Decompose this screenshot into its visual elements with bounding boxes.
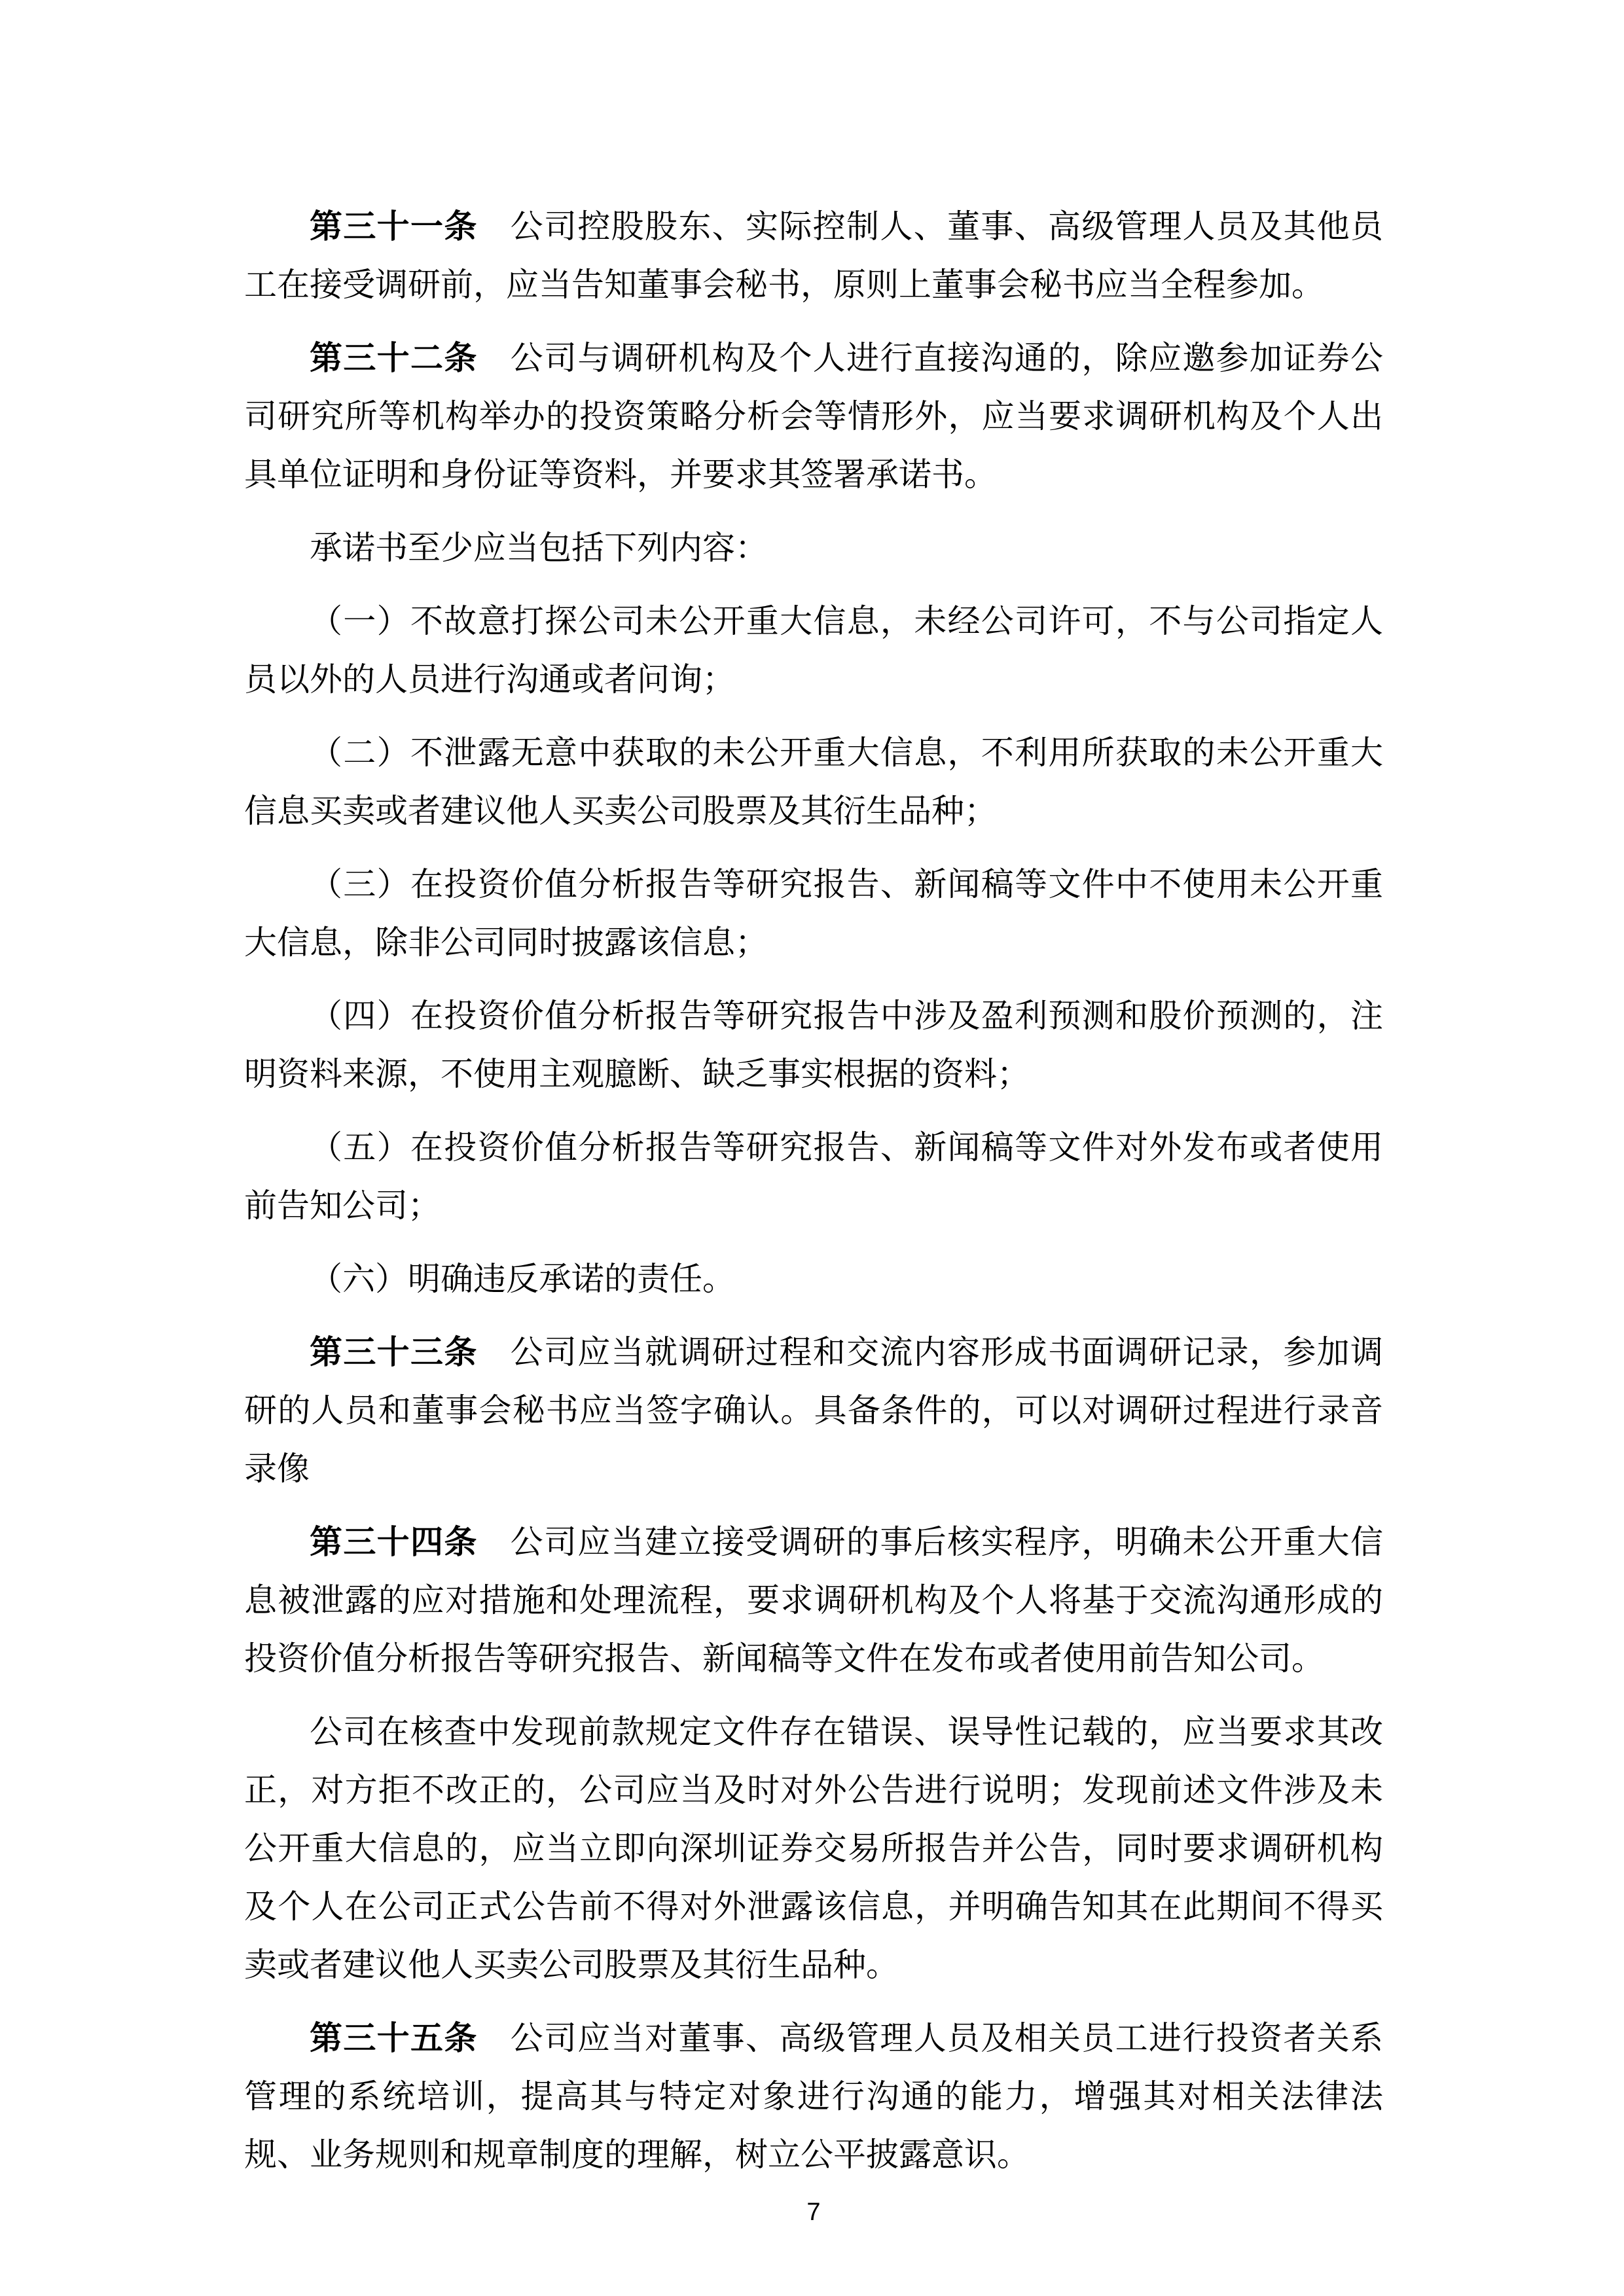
commitment-item-6-text: （六）明确违反承诺的责任。: [310, 1261, 735, 1297]
commitment-item-2-text: （二）不泄露无意中获取的未公开重大信息，不利用所获取的未公开重大信息买卖或者建议…: [244, 734, 1383, 829]
document-page: 第三十一条公司控股股东、实际控制人、董事、高级管理人员及其他员工在接受调研前，应…: [0, 0, 1624, 2296]
commitment-item-1: （一）不故意打探公司未公开重大信息，未经公司许可，不与公司指定人员以外的人员进行…: [244, 592, 1383, 709]
commitment-letter-intro: 承诺书至少应当包括下列内容：: [244, 519, 1383, 577]
article-32-label: 第三十二条: [310, 340, 478, 376]
article-35-paragraph: 第三十五条公司应当对董事、高级管理人员及相关员工进行投资者关系管理的系统培训，提…: [244, 2009, 1383, 2184]
commitment-item-1-text: （一）不故意打探公司未公开重大信息，未经公司许可，不与公司指定人员以外的人员进行…: [244, 603, 1383, 698]
commitment-item-5-text: （五）在投资价值分析报告等研究报告、新闻稿等文件对外发布或者使用前告知公司；: [244, 1129, 1383, 1224]
commitment-item-4-text: （四）在投资价值分析报告等研究报告中涉及盈利预测和股价预测的，注明资料来源，不使…: [244, 997, 1383, 1092]
article-31-label: 第三十一条: [310, 208, 478, 245]
commitment-item-6: （六）明确违反承诺的责任。: [244, 1250, 1383, 1308]
page-number: 7: [806, 2198, 820, 2226]
page-footer: 7: [244, 2199, 1383, 2225]
commitment-letter-intro-text: 承诺书至少应当包括下列内容：: [310, 529, 768, 566]
commitment-item-5: （五）在投资价值分析报告等研究报告、新闻稿等文件对外发布或者使用前告知公司；: [244, 1119, 1383, 1235]
commitment-item-4: （四）在投资价值分析报告等研究报告中涉及盈利预测和股价预测的，注明资料来源，不使…: [244, 987, 1383, 1103]
commitment-item-3: （三）在投资价值分析报告等研究报告、新闻稿等文件中不使用未公开重大信息，除非公司…: [244, 855, 1383, 972]
article-34-second-paragraph: 公司在核查中发现前款规定文件存在错误、误导性记载的，应当要求其改正，对方拒不改正…: [244, 1703, 1383, 1994]
article-34-paragraph: 第三十四条公司应当建立接受调研的事后核实程序，明确未公开重大信息被泄露的应对措施…: [244, 1513, 1383, 1688]
commitment-item-2: （二）不泄露无意中获取的未公开重大信息，不利用所获取的未公开重大信息买卖或者建议…: [244, 724, 1383, 840]
article-31-paragraph: 第三十一条公司控股股东、实际控制人、董事、高级管理人员及其他员工在接受调研前，应…: [244, 198, 1383, 314]
article-32-paragraph: 第三十二条公司与调研机构及个人进行直接沟通的，除应邀参加证券公司研究所等机构举办…: [244, 329, 1383, 504]
article-34-second-paragraph-text: 公司在核查中发现前款规定文件存在错误、误导性记载的，应当要求其改正，对方拒不改正…: [244, 1713, 1383, 1983]
article-33-label: 第三十三条: [310, 1334, 478, 1371]
article-33-paragraph: 第三十三条公司应当就调研过程和交流内容形成书面调研记录，参加调研的人员和董事会秘…: [244, 1323, 1383, 1498]
article-35-label: 第三十五条: [310, 2020, 478, 2056]
commitment-item-3-text: （三）在投资价值分析报告等研究报告、新闻稿等文件中不使用未公开重大信息，除非公司…: [244, 866, 1383, 961]
article-34-label: 第三十四条: [310, 1524, 478, 1560]
